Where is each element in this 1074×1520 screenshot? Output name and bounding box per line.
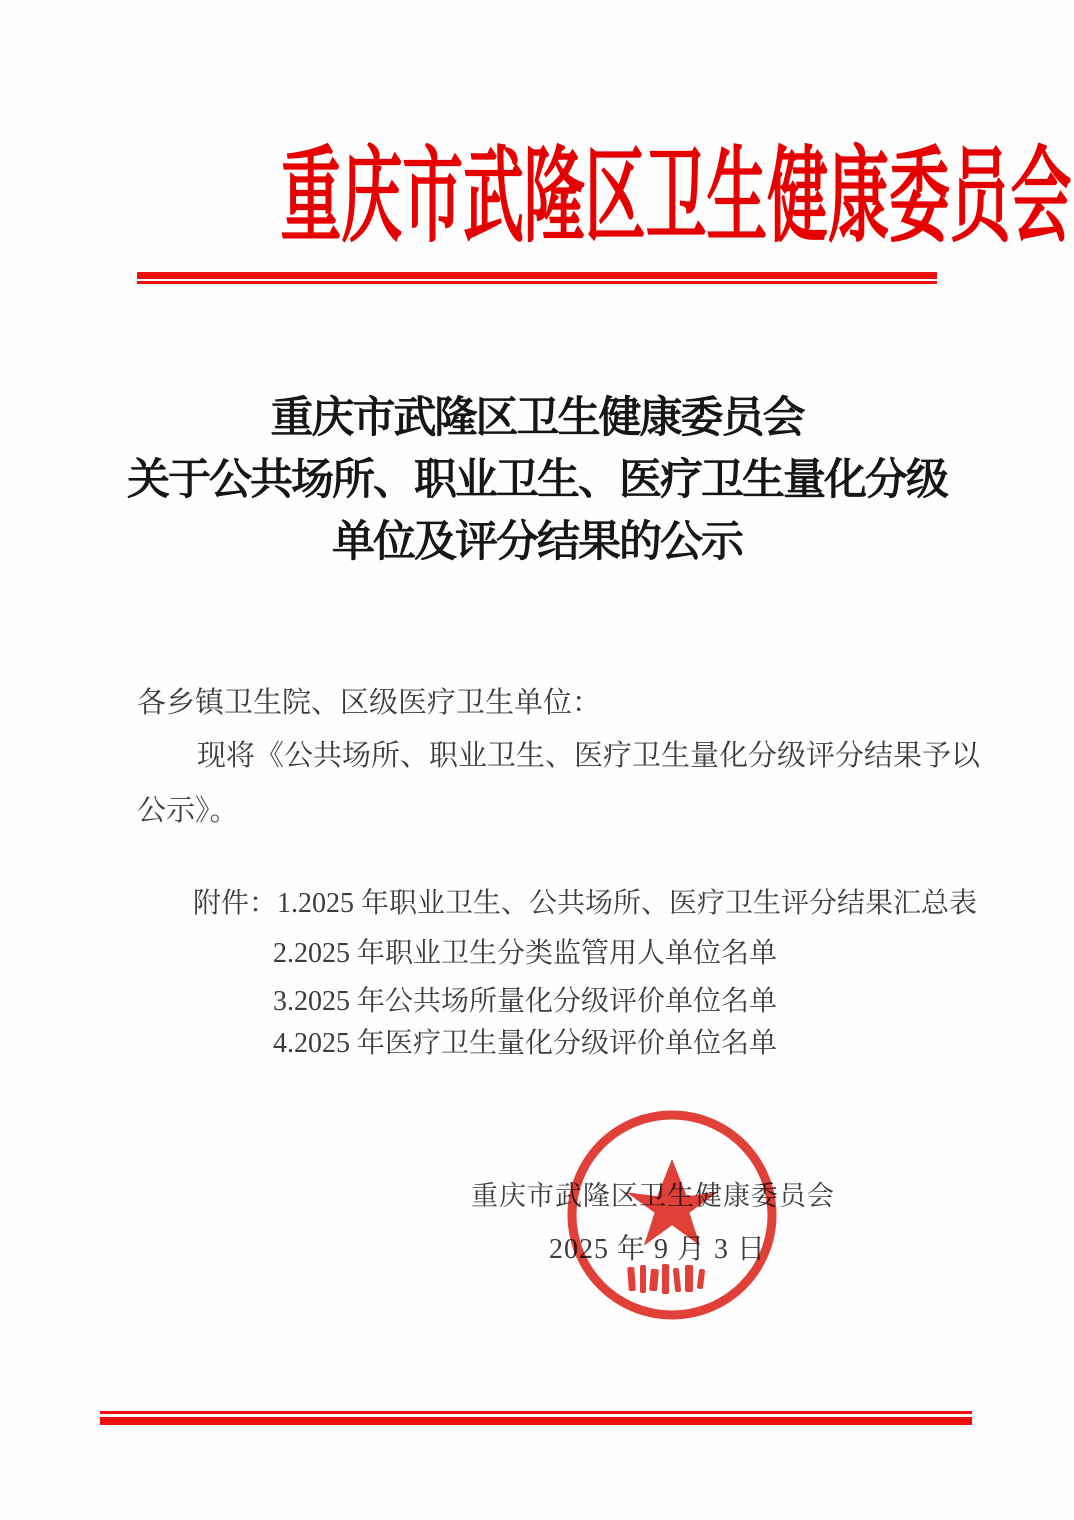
seal-star-icon [626, 1159, 717, 1246]
document-title: 重庆市武隆区卫生健康委员会 关于公共场所、职业卫生、医疗卫生量化分级 单位及评分… [0, 388, 1074, 574]
attachment-item-3: 3.2025 年公共场所量化分级评价单位名单 [273, 986, 777, 1018]
footer-divider-thick [100, 1417, 972, 1425]
letterhead-agency-name: 重庆市武隆区卫生健康委员会 [281, 146, 1072, 250]
body-paragraph-line1: 现将《公共场所、职业卫生、医疗卫生量化分级评分结果予以 [197, 740, 980, 772]
attachment-item-2: 2.2025 年职业卫生分类监管用人单位名单 [273, 938, 777, 970]
attachment-line-1: 附件：1.2025 年职业卫生、公共场所、医疗卫生评分结果汇总表 [193, 888, 977, 920]
salutation-line: 各乡镇卫生院、区级医疗卫生单位： [137, 687, 601, 719]
seal-code-smudge [627, 1264, 705, 1294]
footer-divider-thin [100, 1411, 972, 1414]
attachment-item-4: 4.2025 年医疗卫生量化分级评价单位名单 [273, 1028, 777, 1060]
document-title-line2: 关于公共场所、职业卫生、医疗卫生量化分级 [0, 450, 1074, 512]
letterhead-divider-thin [137, 281, 937, 284]
attachment-item-1: 1.2025 年职业卫生、公共场所、医疗卫生评分结果汇总表 [277, 888, 977, 919]
document-title-line3: 单位及评分结果的公示 [0, 512, 1074, 574]
letterhead: 重庆市武隆区卫生健康委员会 [0, 146, 1074, 250]
document-page: 重庆市武隆区卫生健康委员会 重庆市武隆区卫生健康委员会 关于公共场所、职业卫生、… [0, 0, 1074, 1520]
body-paragraph-line2: 公示》。 [137, 795, 239, 827]
letterhead-divider-thick [137, 272, 937, 279]
attachments-label: 附件： [193, 888, 277, 919]
official-seal: 重庆市武隆区卫生健康委员会 [532, 1075, 812, 1355]
document-title-line1: 重庆市武隆区卫生健康委员会 [0, 388, 1074, 450]
